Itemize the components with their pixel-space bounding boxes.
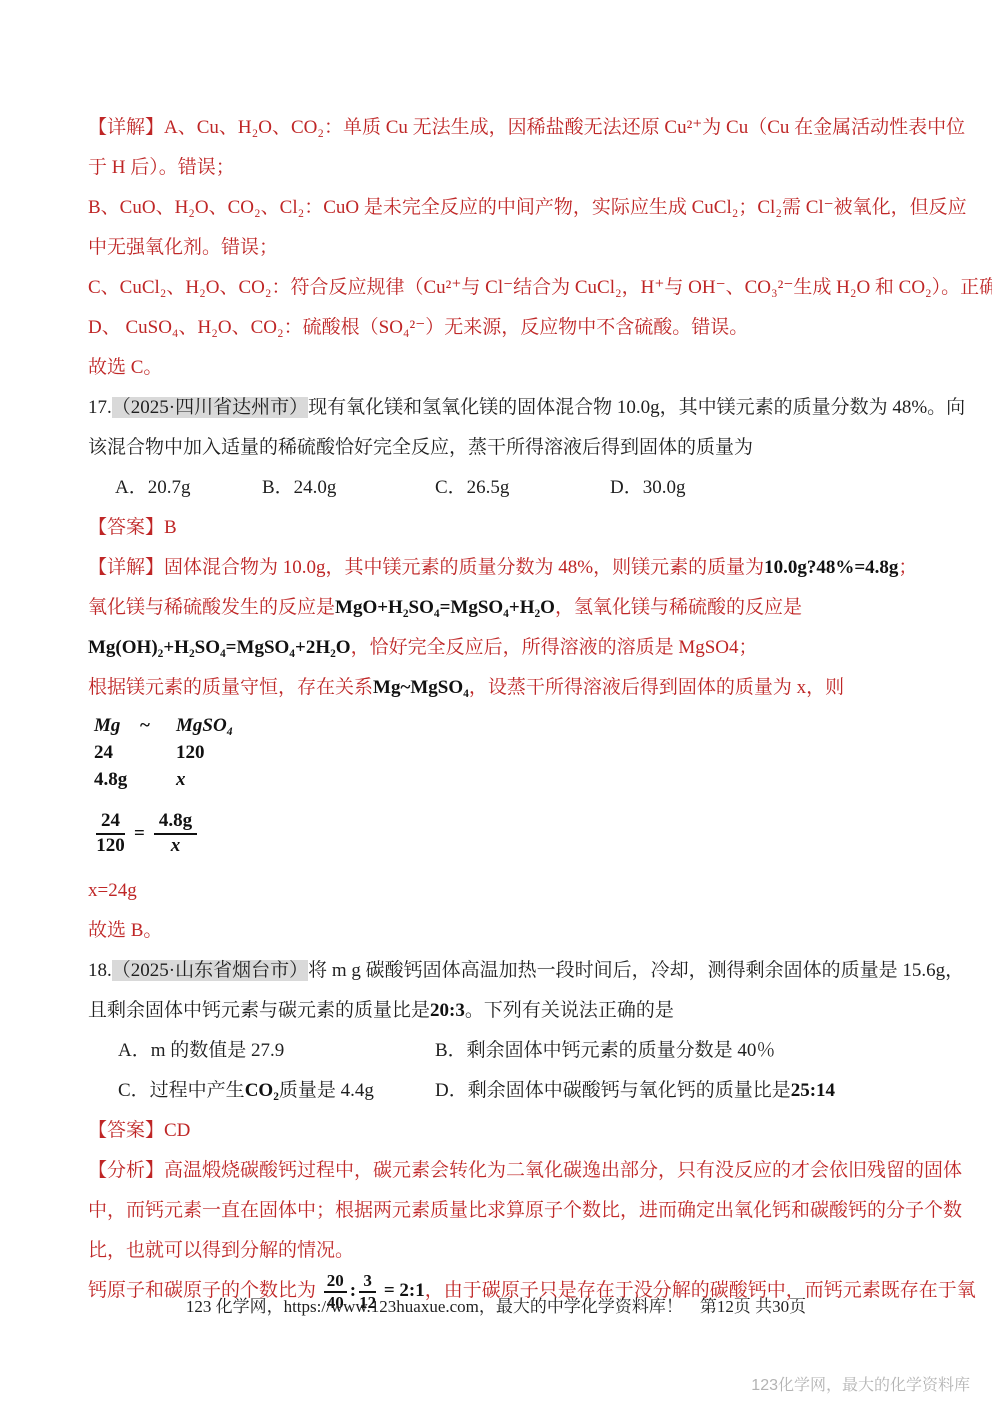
text-segment: 【分析】高温煅烧碳酸钙过程中，碳元素会转化为二氧化碳逸出部分，只有没反应的才会依… xyxy=(88,1160,962,1181)
answer-17: 【答案】B xyxy=(88,508,918,548)
text-segment: C、CuCl₂、H₂O、CO₂：符合反应规律（Cu²⁺与 Cl⁻结合为 CuCl… xyxy=(88,277,992,298)
question-17-line-2: 该混合物中加入适量的稀硫酸恰好完全反应，蒸干所得溶液后得到固体的质量为 xyxy=(88,428,918,468)
proportion-row: 4.8gx xyxy=(94,766,918,793)
text-segment: 中无强氧化剂。错误； xyxy=(88,237,278,258)
text-segment: 故选 C。 xyxy=(88,357,162,378)
text-segment: 17. xyxy=(88,397,112,418)
proportion-table: Mg~MgSO₄241204.8gx xyxy=(94,712,918,793)
text-segment: 将 m g 碳酸钙固体高温加热一段时间后，冷却，测得剩余固体的质量是 15.6g… xyxy=(308,960,964,981)
text-segment: 4.8g xyxy=(94,766,140,793)
exam-document-page: 【详解】A、Cu、H₂O、CO₂：单质 Cu 无法生成，因稀盐酸无法还原 Cu²… xyxy=(0,0,992,1403)
explain-17-line-2: 氧化镁与稀硫酸发生的反应是MgO+H₂SO₄=MgSO₄+H₂O，氢氧化镁与稀硫… xyxy=(88,588,918,628)
text-segment: 中，而钙元素一直在固体中；根据两元素质量比求算原子个数比，进而确定出氧化钙和碳酸… xyxy=(88,1200,962,1221)
text-segment: ，设蒸干所得溶液后得到固体的质量为 x，则 xyxy=(469,677,844,698)
text-segment: A．20.7g xyxy=(115,477,190,498)
text-segment: x=24g xyxy=(88,880,137,901)
explain-16-line-4: 中无强氧化剂。错误； xyxy=(88,228,918,268)
question-18-options-cd: C．过程中产生CO₂质量是 4.4gD．剩余固体中碳酸钙与氧化钙的质量比是25:… xyxy=(88,1071,918,1111)
text-segment: MgSO₄ xyxy=(176,712,233,739)
text-segment: 24 xyxy=(94,739,140,766)
text-segment: B．24.0g xyxy=(262,477,336,498)
text-segment: 25:14 xyxy=(791,1080,835,1101)
option: D．30.0g xyxy=(610,468,685,508)
text-segment: ，氢氧化镁与稀硫酸的反应是 xyxy=(555,597,802,618)
explain-17-line-4: 根据镁元素的质量守恒，存在关系Mg~MgSO₄，设蒸干所得溶液后得到固体的质量为… xyxy=(88,668,918,708)
text-segment xyxy=(140,766,176,793)
fraction-denominator: x xyxy=(154,835,197,858)
text-segment: （2025·四川省达州市） xyxy=(112,397,308,418)
option: B．24.0g xyxy=(262,468,435,508)
document-content: 【详解】A、Cu、H₂O、CO₂：单质 Cu 无法生成，因稀盐酸无法还原 Cu²… xyxy=(88,108,918,1312)
explain-16-line-6: D、 CuSO₄、H₂O、CO₂：硫酸根（SO₄²⁻）无来源，反应物中不含硫酸。… xyxy=(88,308,918,348)
explain-16-line-3: B、CuO、H₂O、CO₂、Cl₂：CuO 是未完全反应的中间产物，实际应生成 … xyxy=(88,188,918,228)
text-segment: C．26.5g xyxy=(435,477,509,498)
option: A．m 的数值是 27.9 xyxy=(118,1031,435,1071)
text-segment: 该混合物中加入适量的稀硫酸恰好完全反应，蒸干所得溶液后得到固体的质量为 xyxy=(88,437,753,458)
question-18-line-2: 且剩余固体中钙元素与碳元素的质量比是20:3。下列有关说法正确的是 xyxy=(88,991,918,1031)
text-segment: B．剩余固体中钙元素的质量分数是 40％ xyxy=(435,1040,775,1061)
text-segment xyxy=(140,739,176,766)
option: C．26.5g xyxy=(435,468,610,508)
equals-sign: = xyxy=(134,823,145,845)
text-segment: 故选 B。 xyxy=(88,920,162,941)
question-18-line-1: 18.（2025·山东省烟台市）将 m g 碳酸钙固体高温加热一段时间后，冷却，… xyxy=(88,951,918,991)
explain-16-line-2: 于 H 后）。错误； xyxy=(88,148,918,188)
text-segment: 【答案】B xyxy=(88,517,177,538)
fraction-numerator: 3 xyxy=(359,1271,376,1293)
text-segment: 18. xyxy=(88,960,112,981)
text-segment: 10.0g?48%=4.8g xyxy=(764,557,898,578)
explain-16-line-5: C、CuCl₂、H₂O、CO₂：符合反应规律（Cu²⁺与 Cl⁻结合为 CuCl… xyxy=(88,268,918,308)
question-17-options: A．20.7gB．24.0gC．26.5gD．30.0g xyxy=(88,468,918,508)
explain-16-line-1: 【详解】A、Cu、H₂O、CO₂：单质 Cu 无法生成，因稀盐酸无法还原 Cu²… xyxy=(88,108,918,148)
explain-17-result: x=24g xyxy=(88,871,918,911)
fraction-numerator: 24 xyxy=(96,810,125,835)
text-segment: 且剩余固体中钙元素与碳元素的质量比是 xyxy=(88,1000,430,1021)
answer-18: 【答案】CD xyxy=(88,1111,918,1151)
text-segment: D．30.0g xyxy=(610,477,685,498)
explain-17-line-3: Mg(OH)₂+H₂SO₄=MgSO₄+2H₂O，恰好完全反应后，所得溶液的溶质… xyxy=(88,628,918,668)
text-segment: D、 CuSO₄、H₂O、CO₂：硫酸根（SO₄²⁻）无来源，反应物中不含硫酸。… xyxy=(88,317,748,338)
proportion-row: 24120 xyxy=(94,739,918,766)
option: C．过程中产生CO₂质量是 4.4g xyxy=(118,1071,435,1111)
text-segment: Mg(OH)₂+H₂SO₄=MgSO₄+2H₂O xyxy=(88,637,351,658)
text-segment: Mg~MgSO₄ xyxy=(373,677,469,698)
analysis-18-line-1: 【分析】高温煅烧碳酸钙过程中，碳元素会转化为二氧化碳逸出部分，只有没反应的才会依… xyxy=(88,1151,918,1191)
text-segment: B、CuO、H₂O、CO₂、Cl₂：CuO 是未完全反应的中间产物，实际应生成 … xyxy=(88,197,967,218)
watermark: 123化学网，最大的化学资料库 xyxy=(751,1372,970,1395)
question-17-line-1: 17.（2025·四川省达州市）现有氧化镁和氢氧化镁的固体混合物 10.0g，其… xyxy=(88,388,918,428)
text-segment: Mg xyxy=(94,712,140,739)
explain-17-line-1: 【详解】固体混合物为 10.0g，其中镁元素的质量分数为 48%，则镁元素的质量… xyxy=(88,548,918,588)
text-segment: 氧化镁与稀硫酸发生的反应是 xyxy=(88,597,335,618)
text-segment: 【详解】固体混合物为 10.0g，其中镁元素的质量分数为 48%，则镁元素的质量… xyxy=(88,557,764,578)
fraction: 24120 xyxy=(96,810,125,858)
text-segment: CO₂ xyxy=(245,1080,279,1101)
option: A．20.7g xyxy=(115,468,262,508)
option: D．剩余固体中碳酸钙与氧化钙的质量比是25:14 xyxy=(435,1071,835,1111)
text-segment: 【答案】CD xyxy=(88,1120,190,1141)
page-footer: 123 化学网，https://www.123huaxue.com，最大的中学化… xyxy=(0,1292,992,1317)
text-segment: 比，也就可以得到分解的情况。 xyxy=(88,1240,354,1261)
proportion-equation: 24120=4.8gx xyxy=(96,803,918,865)
text-segment: 【详解】A、Cu、H₂O、CO₂：单质 Cu 无法生成，因稀盐酸无法还原 Cu²… xyxy=(88,117,965,138)
fraction: 4.8gx xyxy=(154,810,197,858)
text-segment: A．m 的数值是 27.9 xyxy=(118,1040,284,1061)
text-segment: 质量是 4.4g xyxy=(279,1080,374,1101)
text-segment: D．剩余固体中碳酸钙与氧化钙的质量比是 xyxy=(435,1080,791,1101)
fraction-numerator: 4.8g xyxy=(154,810,197,835)
text-segment: ； xyxy=(898,557,917,578)
explain-17-answer: 故选 B。 xyxy=(88,911,918,951)
text-segment: 根据镁元素的质量守恒，存在关系 xyxy=(88,677,373,698)
text-segment: ~ xyxy=(140,712,176,739)
text-segment: 120 xyxy=(176,739,205,766)
text-segment: 现有氧化镁和氢氧化镁的固体混合物 10.0g，其中镁元素的质量分数为 48%。向 xyxy=(308,397,965,418)
explain-16-answer: 故选 C。 xyxy=(88,348,918,388)
proportion-row: Mg~MgSO₄ xyxy=(94,712,918,739)
fraction-denominator: 120 xyxy=(96,835,125,858)
text-segment: 于 H 后）。错误； xyxy=(88,157,235,178)
option: B．剩余固体中钙元素的质量分数是 40％ xyxy=(435,1031,775,1071)
question-18-options-ab: A．m 的数值是 27.9B．剩余固体中钙元素的质量分数是 40％ xyxy=(88,1031,918,1071)
analysis-18-line-2: 中，而钙元素一直在固体中；根据两元素质量比求算原子个数比，进而确定出氧化钙和碳酸… xyxy=(88,1191,918,1231)
fraction-numerator: 20 xyxy=(324,1271,347,1293)
text-segment: 20:3 xyxy=(430,1000,465,1021)
text-segment: ，恰好完全反应后，所得溶液的溶质是 MgSO4； xyxy=(351,637,758,658)
text-segment: 。下列有关说法正确的是 xyxy=(465,1000,674,1021)
text-segment: x xyxy=(176,766,186,793)
text-segment: C．过程中产生 xyxy=(118,1080,245,1101)
text-segment: （2025·山东省烟台市） xyxy=(112,960,308,981)
analysis-18-line-3: 比，也就可以得到分解的情况。 xyxy=(88,1231,918,1271)
text-segment: MgO+H₂SO₄=MgSO₄+H₂O xyxy=(335,597,555,618)
